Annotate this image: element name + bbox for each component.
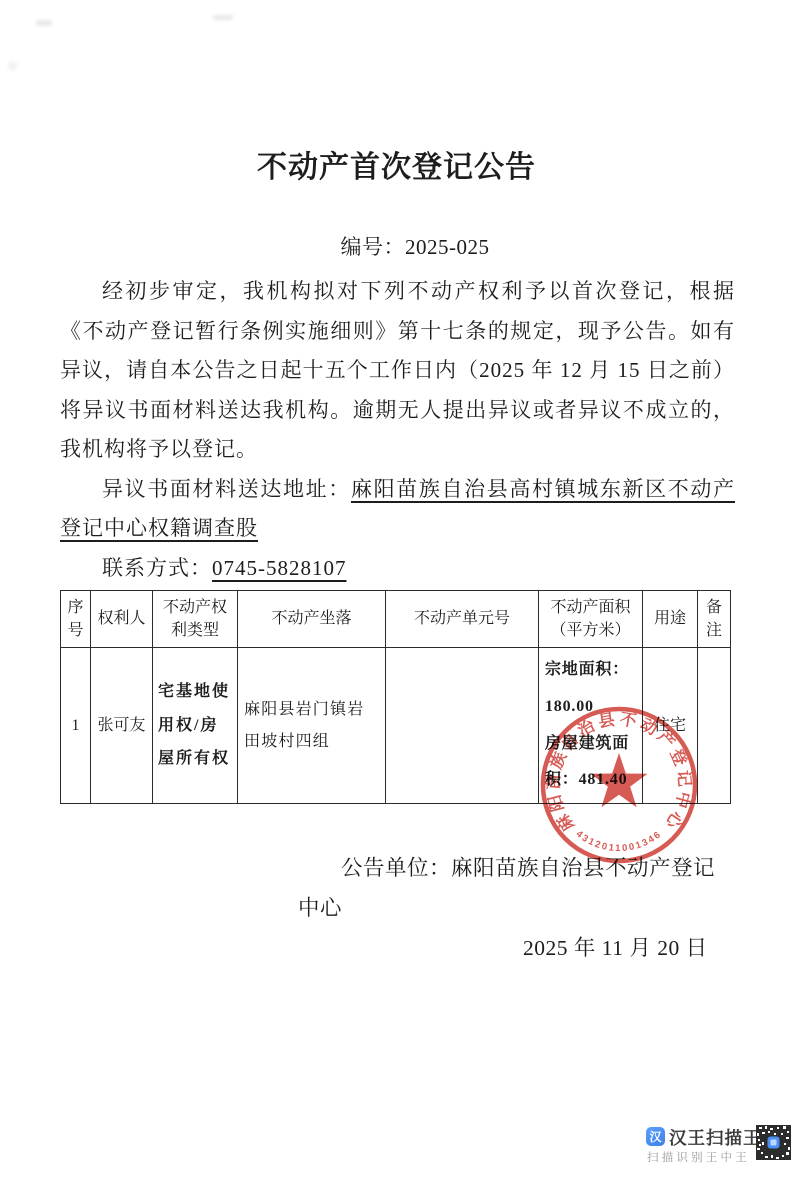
header-usage: 用途 — [643, 591, 698, 648]
document-body: 经初步审定，我机构拟对下列不动产权利予以首次登记，根据《不动产登记暂行条例实施细… — [60, 272, 735, 968]
cell-right-type: 宅基地使用权/房屋所有权 — [153, 648, 238, 804]
issuer-label: 公告单位： — [341, 856, 451, 880]
cell-usage: 住宅 — [643, 648, 698, 804]
cell-location: 麻阳县岩门镇岩田坡村四组 — [238, 648, 386, 804]
header-unit-no: 不动产单元号 — [386, 591, 539, 648]
announcement-paragraph: 经初步审定，我机构拟对下列不动产权利予以首次登记，根据《不动产登记暂行条例实施细… — [60, 272, 735, 470]
scanner-tagline: 扫描识别王中王 — [647, 1149, 750, 1165]
parcel-area-line: 宗地面积：180.00 — [545, 652, 636, 726]
document-number-label: 编号： — [341, 235, 406, 259]
cell-remark — [698, 648, 731, 804]
cell-unit-no — [386, 648, 539, 804]
scanner-app-icon: 汉 — [646, 1127, 665, 1146]
scan-artifact — [213, 15, 233, 20]
header-area: 不动产面积（平方米） — [539, 591, 643, 648]
issue-date: 2025 年 11 月 20 日 — [60, 928, 735, 968]
issuer-line: 公告单位：麻阳苗族自治县不动产登记中心 — [60, 848, 735, 928]
cell-seq: 1 — [61, 648, 91, 804]
scan-artifact — [8, 62, 17, 70]
header-location: 不动产坐落 — [238, 591, 386, 648]
header-seq: 序号 — [61, 591, 91, 648]
document-number-line: 编号：2025-025 — [37, 231, 793, 261]
scanner-app-name: 汉王扫描王 — [669, 1125, 762, 1150]
building-area-line: 房屋建筑面积：481.40 — [545, 726, 636, 800]
contact-value: 0745-5828107 — [212, 556, 347, 580]
address-label: 异议书面材料送达地址： — [102, 477, 351, 501]
scanner-watermark: 汉 汉王扫描王 扫描识别王中王 — [640, 1124, 792, 1164]
header-right-type: 不动产权利类型 — [153, 591, 238, 648]
contact-line: 联系方式：0745-5828107 — [60, 549, 735, 589]
scan-artifact — [36, 20, 52, 26]
table-header-row: 序号 权利人 不动产权利类型 不动产坐落 不动产单元号 不动产面积（平方米） 用… — [61, 591, 731, 648]
qr-code — [756, 1125, 791, 1160]
contact-label: 联系方式： — [102, 556, 212, 580]
cell-area: 宗地面积：180.00 房屋建筑面积：481.40 — [539, 648, 643, 804]
document-title: 不动产首次登记公告 — [0, 142, 793, 186]
document-number-value: 2025-025 — [405, 235, 490, 259]
header-remark: 备注 — [698, 591, 731, 648]
registration-table: 序号 权利人 不动产权利类型 不动产坐落 不动产单元号 不动产面积（平方米） 用… — [60, 590, 731, 804]
header-holder: 权利人 — [91, 591, 153, 648]
scanned-document-page: 不动产首次登记公告 编号：2025-025 经初步审定，我机构拟对下列不动产权利… — [0, 0, 793, 1177]
objection-address-line: 异议书面材料送达地址：麻阳苗族自治县高村镇城东新区不动产登记中心权籍调查股 — [60, 470, 735, 549]
table-row: 1 张可友 宅基地使用权/房屋所有权 麻阳县岩门镇岩田坡村四组 宗地面积：180… — [61, 648, 731, 804]
cell-holder: 张可友 — [91, 648, 153, 804]
